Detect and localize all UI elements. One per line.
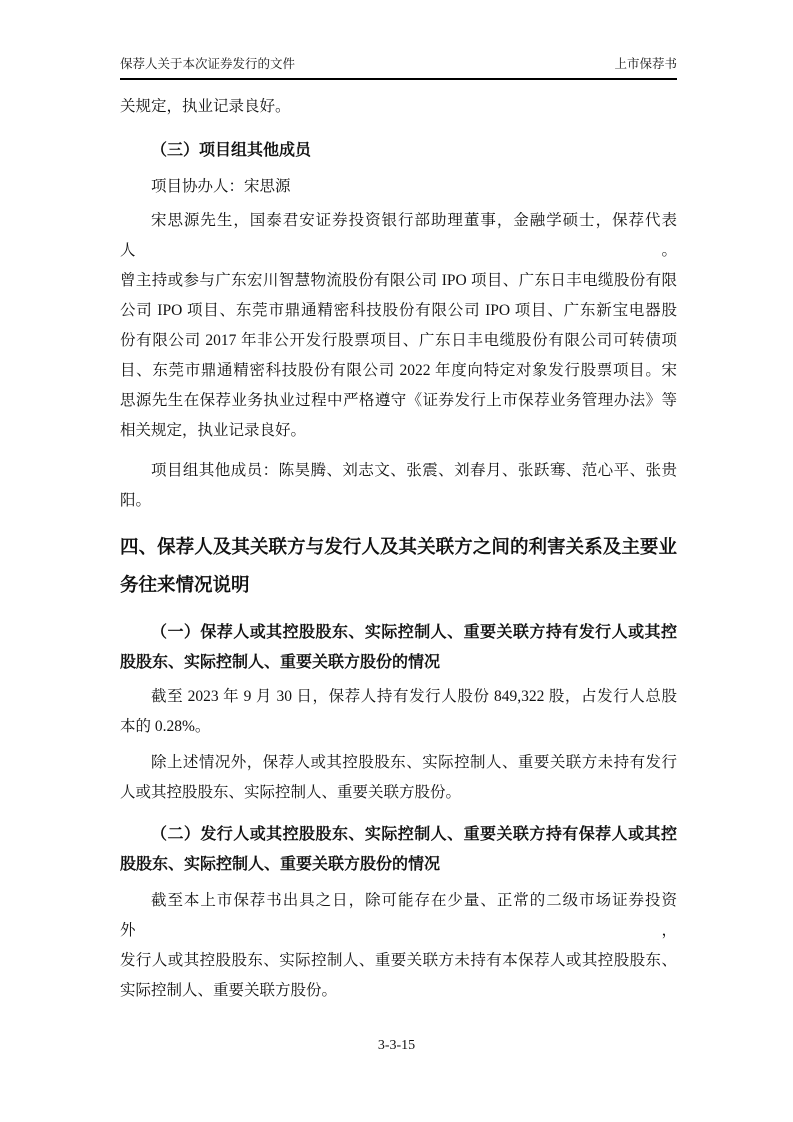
paragraph-continuation: 关规定，执业记录良好。 bbox=[120, 92, 677, 122]
page-header: 保荐人关于本次证券发行的文件 上市保荐书 bbox=[120, 56, 677, 80]
paragraph-issuer-shareholding: 截至本上市保荐书出具之日，除可能存在少量、正常的二级市场证券投资外， 发行人或其… bbox=[120, 886, 677, 1006]
paragraph-line: 人或其控股股东、实际控制人、重要关联方股份。 bbox=[120, 778, 677, 808]
heading-line: 四、保荐人及其关联方与发行人及其关联方之间的利害关系及主要业 bbox=[120, 528, 677, 566]
heading-line: （二）发行人或其控股股东、实际控制人、重要关联方持有保荐人或其控 bbox=[120, 820, 677, 850]
paragraph-line: 除上述情况外，保荐人或其控股股东、实际控制人、重要关联方未持有发行 bbox=[120, 748, 677, 778]
paragraph-line: 思源先生在保荐业务执业过程中严格遵守《证券发行上市保荐业务管理办法》等 bbox=[120, 386, 677, 416]
paragraph-line: 相关规定，执业记录良好。 bbox=[120, 416, 677, 446]
page-number: 3-3-15 bbox=[378, 1038, 415, 1053]
paragraph-sponsor-shareholding: 截至 2023 年 9 月 30 日，保荐人持有发行人股份 849,322 股，… bbox=[120, 682, 677, 742]
paragraph-line: 项目协办人：宋思源 bbox=[120, 172, 677, 202]
paragraph-line: 本的 0.28%。 bbox=[120, 712, 677, 742]
document-page: 保荐人关于本次证券发行的文件 上市保荐书 关规定，执业记录良好。 （三）项目组其… bbox=[0, 0, 793, 1122]
paragraph-other-team-members: 项目组其他成员：陈昊腾、刘志文、张震、刘春月、张跃骞、范心平、张贵 阳。 bbox=[120, 456, 677, 516]
heading-line: （一）保荐人或其控股股东、实际控制人、重要关联方持有发行人或其控 bbox=[120, 618, 677, 648]
paragraph-line: 关规定，执业记录良好。 bbox=[120, 92, 677, 122]
paragraph-line: 公司 IPO 项目、东莞市鼎通精密科技股份有限公司 IPO 项目、广东新宝电器股 bbox=[120, 296, 677, 326]
paragraph-line: 曾主持或参与广东宏川智慧物流股份有限公司 IPO 项目、广东日丰电缆股份有限 bbox=[120, 266, 677, 296]
paragraph-line: 项目组其他成员：陈昊腾、刘志文、张震、刘春月、张跃骞、范心平、张贵 bbox=[120, 456, 677, 486]
paragraph-line: 目、东莞市鼎通精密科技股份有限公司 2022 年度向特定对象发行股票项目。宋 bbox=[120, 356, 677, 386]
heading-line: 股股东、实际控制人、重要关联方股份的情况 bbox=[120, 648, 677, 678]
subsection-heading-1-sponsor-holds-issuer-shares: （一）保荐人或其控股股东、实际控制人、重要关联方持有发行人或其控 股股东、实际控… bbox=[120, 618, 677, 678]
page-content: 保荐人关于本次证券发行的文件 上市保荐书 关规定，执业记录良好。 （三）项目组其… bbox=[120, 0, 677, 1006]
paragraph-song-siyuan-bio: 宋思源先生，国泰君安证券投资银行部助理董事，金融学硕士，保荐代表人。 曾主持或参… bbox=[120, 206, 677, 446]
paragraph-line: 截至 2023 年 9 月 30 日，保荐人持有发行人股份 849,322 股，… bbox=[120, 682, 677, 712]
paragraph-line: 阳。 bbox=[120, 486, 677, 516]
paragraph-line: 宋思源先生，国泰君安证券投资银行部助理董事，金融学硕士，保荐代表人。 bbox=[120, 206, 677, 266]
paragraph-line: 份有限公司 2017 年非公开发行股票项目、广东日丰电缆股份有限公司可转债项 bbox=[120, 326, 677, 356]
section-heading-4-conflicts-of-interest: 四、保荐人及其关联方与发行人及其关联方之间的利害关系及主要业 务往来情况说明 bbox=[120, 528, 677, 604]
subsection-heading-project-other-members: （三）项目组其他成员 bbox=[120, 136, 677, 166]
paragraph-line: 截至本上市保荐书出具之日，除可能存在少量、正常的二级市场证券投资外， bbox=[120, 886, 677, 946]
paragraph-line: 发行人或其控股股东、实际控制人、重要关联方未持有本保荐人或其控股股东、 bbox=[120, 946, 677, 976]
paragraph-no-other-holding: 除上述情况外，保荐人或其控股股东、实际控制人、重要关联方未持有发行 人或其控股股… bbox=[120, 748, 677, 808]
page-footer: 3-3-15 bbox=[0, 1036, 793, 1056]
paragraph-project-coordinator: 项目协办人：宋思源 bbox=[120, 172, 677, 202]
header-left-title: 保荐人关于本次证券发行的文件 bbox=[120, 56, 295, 72]
subsection-heading-2-issuer-holds-sponsor-shares: （二）发行人或其控股股东、实际控制人、重要关联方持有保荐人或其控 股股东、实际控… bbox=[120, 820, 677, 880]
heading-line: 务往来情况说明 bbox=[120, 566, 677, 604]
paragraph-line: 实际控制人、重要关联方股份。 bbox=[120, 976, 677, 1006]
header-right-title: 上市保荐书 bbox=[614, 56, 677, 72]
heading-line: 股股东、实际控制人、重要关联方股份的情况 bbox=[120, 850, 677, 880]
